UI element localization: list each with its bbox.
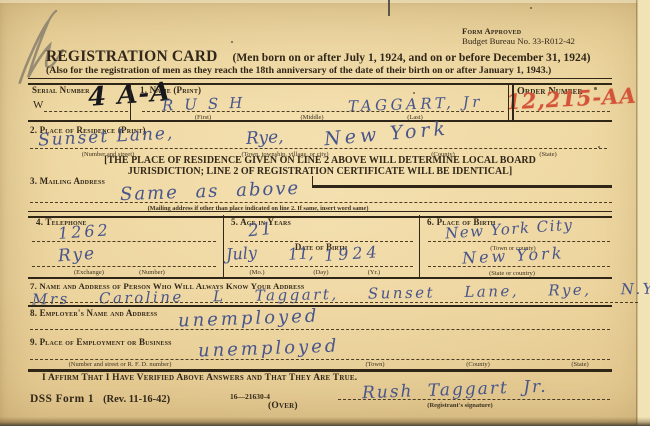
divider-order-thin — [508, 83, 509, 122]
contact-line — [30, 302, 638, 303]
sub-state-or-country: (State or country) — [489, 270, 535, 277]
sub-month: (Mo.) — [250, 269, 265, 276]
telephone-number-value: 1262 — [57, 220, 111, 243]
scan-fold-mark — [388, 0, 390, 16]
registration-card-scan: Form Approved Budget Bureau No. 33-R012-… — [0, 0, 650, 426]
form-id-row: DSS Form 1 (Rev. 11-16-42) — [30, 389, 170, 407]
rule-below-name-row — [28, 120, 612, 122]
serial-number-label: Serial Number — [32, 85, 90, 95]
phone-line2 — [32, 266, 216, 267]
rule-above-phone — [28, 211, 612, 218]
serial-line — [44, 111, 128, 112]
employment-place-value: unemployed — [198, 336, 340, 362]
employer-label: 8. Employer's Name and Address — [30, 308, 157, 318]
sub-county-2: (County) — [466, 361, 489, 368]
page-title: REGISTRATION CARD — [46, 48, 218, 65]
scan-edge-top — [0, 0, 650, 3]
sub-town: (Town) — [365, 361, 384, 368]
phone-line1 — [32, 241, 216, 242]
name-line — [142, 111, 504, 112]
employment-place-label: 9. Place of Employment or Business — [30, 337, 172, 347]
ink-speck — [530, 7, 532, 9]
divider-serial-name — [130, 83, 131, 121]
dob-line — [230, 266, 413, 267]
employer-value: unemployed — [178, 306, 320, 332]
birthplace-line2 — [428, 266, 610, 267]
rule-below-contact — [28, 305, 612, 307]
rule-above-affirmation — [28, 369, 612, 372]
rule-below-phone — [28, 277, 612, 279]
dob-day-value: 11, — [287, 243, 314, 264]
form-approved-label: Form Approved — [462, 26, 521, 36]
ink-speck — [413, 92, 415, 94]
title-row: REGISTRATION CARD (Men born on or after … — [46, 48, 590, 66]
sub-registrant-signature: (Registrant's signature) — [427, 402, 492, 409]
residence-line — [30, 148, 607, 149]
residence-town-value: Rye, — [246, 127, 285, 149]
title-eligibility-note: (Men born on or after July 1, 1924, and … — [233, 51, 591, 64]
print-code: 16—21630-4 — [230, 392, 270, 401]
form-revision: (Rev. 11-16-42) — [103, 394, 170, 405]
title-subtitle: (Also for the registration of men as the… — [46, 65, 551, 76]
sub-year: (Yr.) — [368, 269, 380, 276]
mailing-address-label: 3. Mailing Address — [30, 176, 105, 186]
birthplace-line1 — [428, 241, 610, 242]
sub-state-2: (State) — [571, 361, 588, 368]
order-line — [516, 111, 610, 112]
jurisdiction-notice-line1: [THE PLACE OF RESIDENCE GIVEN ON LINE 2 … — [28, 155, 612, 166]
sub-number: (Number) — [139, 269, 165, 276]
scan-edge-right — [636, 0, 650, 426]
divider-phone-age — [223, 215, 224, 279]
mailing-line — [30, 202, 612, 203]
sub-day: (Day) — [313, 269, 328, 276]
residence-state-value: New York — [323, 118, 450, 151]
birthplace-state-value: New York — [462, 243, 565, 267]
form-id: DSS Form 1 — [30, 393, 94, 405]
dob-month-value: July — [225, 243, 257, 264]
signature-line — [338, 399, 610, 400]
sub-exchange: (Exchange) — [74, 269, 104, 276]
ink-speck — [231, 41, 233, 43]
jurisdiction-notice-line2: JURISDICTION; LINE 2 OF REGISTRATION CER… — [28, 166, 612, 177]
age-value: 21 — [247, 219, 275, 242]
divider-age-birthplace — [419, 215, 420, 279]
budget-bureau-number: Budget Bureau No. 33-R012-42 — [462, 36, 575, 46]
telephone-exchange-value: Rye — [57, 244, 96, 267]
over-label: (Over) — [268, 401, 298, 411]
scan-edge-bottom — [0, 417, 650, 426]
sub-street-rfd: (Number and street or R. F. D. number) — [69, 361, 172, 368]
mailing-heavy-rule — [312, 185, 612, 188]
employment-line — [30, 359, 610, 360]
dob-year-value: 1924 — [323, 242, 381, 265]
serial-prefix: W — [33, 99, 43, 111]
divider-order-thick — [512, 83, 514, 122]
employer-line — [30, 329, 610, 330]
affirmation-text: I Affirm That I Have Verified Above Answ… — [42, 373, 357, 383]
order-number-value: 12,215-AA — [505, 83, 637, 115]
